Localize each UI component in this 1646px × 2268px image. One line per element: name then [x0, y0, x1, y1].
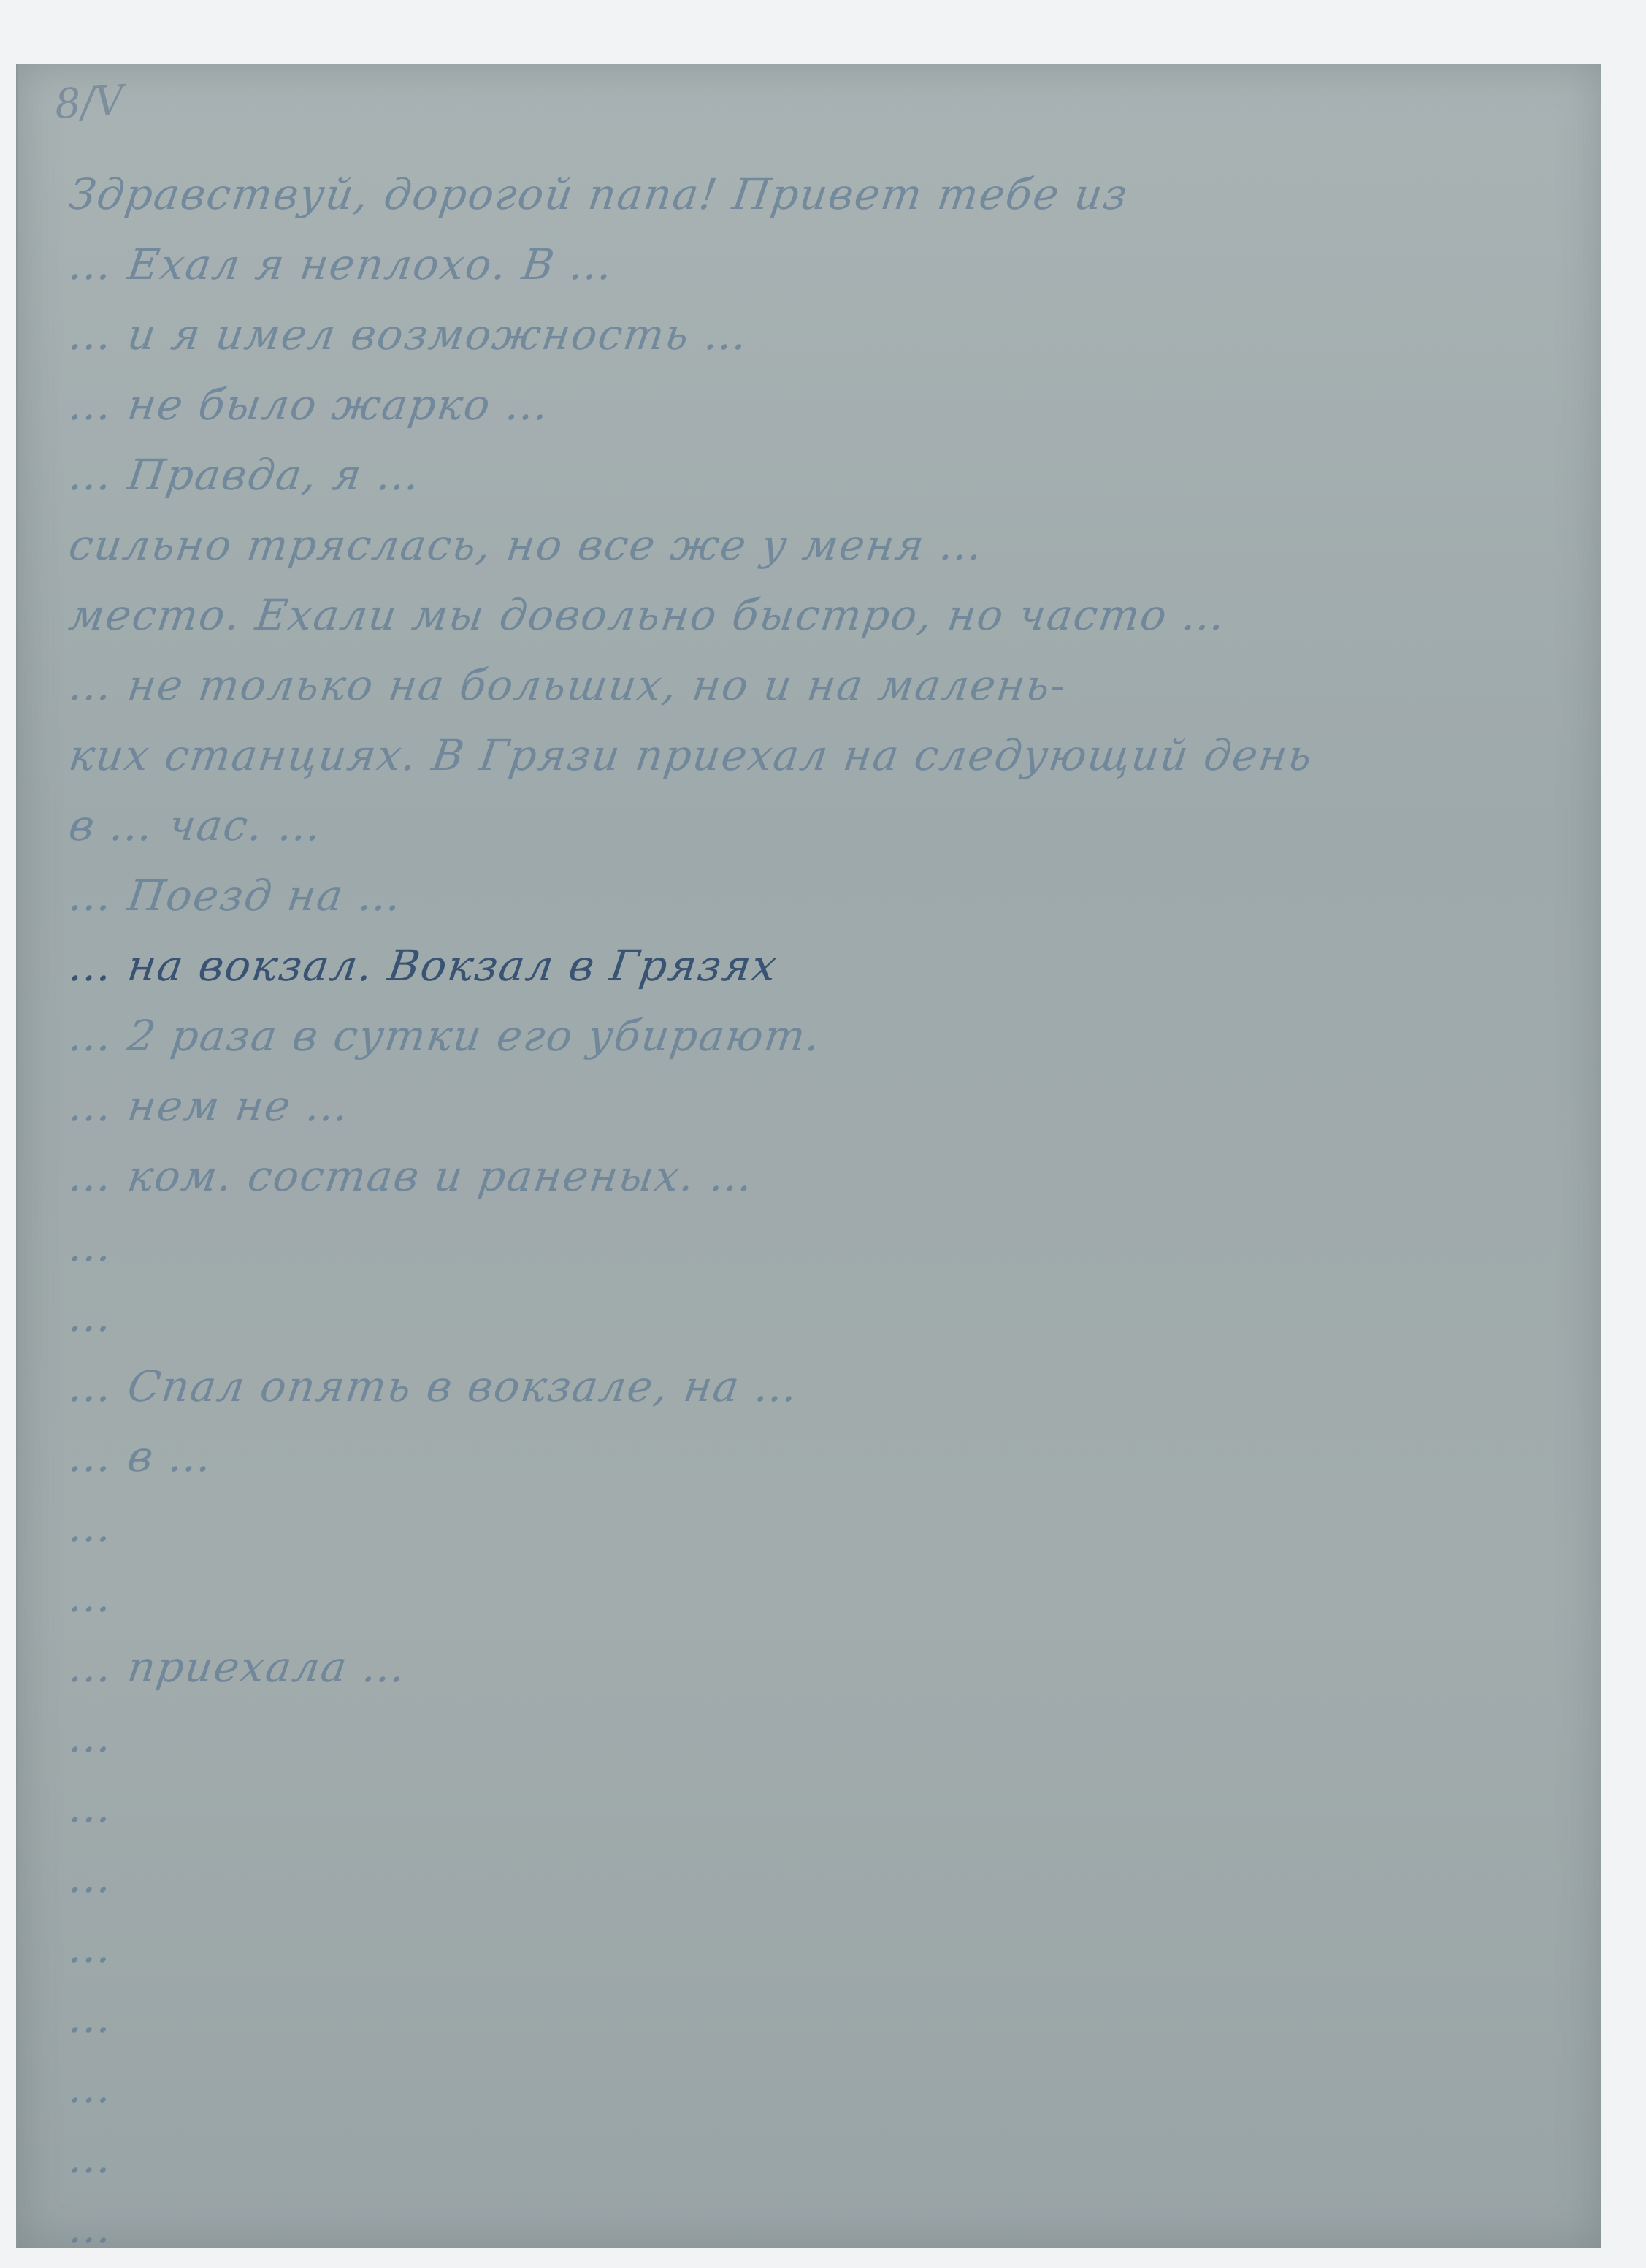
handwritten-line: … — [64, 1772, 1577, 1842]
date-mark: 8/V — [53, 77, 126, 129]
handwritten-line: место. Ехали мы довольно быстро, но част… — [64, 580, 1577, 650]
handwritten-line: … и я имел возможность … — [64, 299, 1577, 370]
handwritten-line: … — [64, 1211, 1577, 1281]
handwritten-line: … 2 раза в сутки его убирают. — [64, 1001, 1577, 1071]
handwritten-line: … — [64, 1281, 1577, 1351]
handwritten-line: … — [64, 2123, 1577, 2193]
handwritten-line: … Правда, я … — [64, 440, 1577, 510]
handwritten-line: … — [64, 1562, 1577, 1632]
handwritten-line: … — [64, 2193, 1577, 2263]
handwritten-line: … нем не … — [64, 1071, 1577, 1141]
handwritten-line: … не только на больших, но и на малень- — [64, 650, 1577, 720]
handwritten-line: … — [64, 1842, 1577, 1912]
handwritten-line: ких станциях. В Грязи приехал на следующ… — [64, 720, 1577, 790]
handwritten-line: в … час. … — [64, 790, 1577, 860]
handwritten-line: … на вокзал. Вокзал в Грязях — [64, 931, 1577, 1001]
handwritten-line: … — [64, 1492, 1577, 1562]
handwritten-line: Здравствуй, дорогой папа! Привет тебе из — [64, 159, 1577, 229]
handwritten-line: сильно тряслась, но все же у меня … — [64, 510, 1577, 580]
handwritten-line: … Спал опять в вокзале, на … — [64, 1351, 1577, 1421]
handwritten-line: … в … — [64, 1421, 1577, 1492]
handwritten-line: … ком. состав и раненых. … — [64, 1141, 1577, 1211]
letter-body: Здравствуй, дорогой папа! Привет тебе из… — [69, 159, 1572, 2263]
handwritten-line: … Ехал я неплохо. В … — [64, 229, 1577, 299]
letter-page: 8/V Здравствуй, дорогой папа! Привет теб… — [16, 64, 1601, 2248]
handwritten-line: … — [64, 1982, 1577, 2053]
handwritten-line: … приехала … — [64, 1632, 1577, 1702]
handwritten-line: … — [64, 1912, 1577, 1982]
handwritten-line: … — [64, 1702, 1577, 1772]
handwritten-line: … Поезд на … — [64, 860, 1577, 931]
handwritten-line: … — [64, 2053, 1577, 2123]
handwritten-line: … не было жарко … — [64, 370, 1577, 440]
